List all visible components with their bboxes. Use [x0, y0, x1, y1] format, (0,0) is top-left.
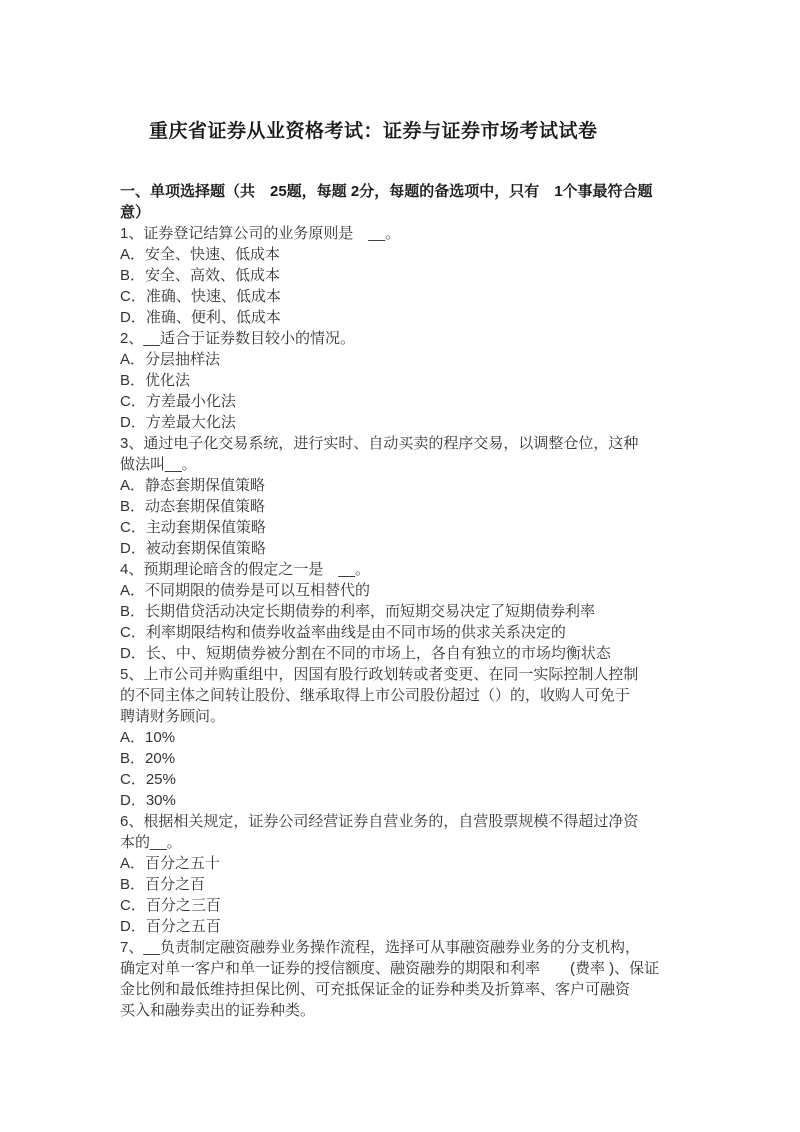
question-6-option-a: A．百分之五十 — [120, 853, 698, 874]
exam-page: 重庆省证券从业资格考试：证券与证券市场考试试卷 一、单项选择题（共 25题，每题… — [0, 0, 800, 1132]
question-4-text: 4、预期理论暗含的假定之一是 __。 — [120, 559, 698, 580]
question-1-option-a: A．安全、快速、低成本 — [120, 244, 698, 265]
question-6: 6、根据相关规定，证券公司经营证券自营业务的，自营股票规模不得超过净资 本的__… — [120, 811, 698, 937]
section-heading-line-1: 一、单项选择题（共 25题，每题 2分，每题的备选项中，只有 1个事最符合题 — [120, 181, 698, 202]
question-3-option-d: D．被动套期保值策略 — [120, 538, 698, 559]
question-3-option-c: C．主动套期保值策略 — [120, 517, 698, 538]
question-1: 1、证券登记结算公司的业务原则是 __。 A．安全、快速、低成本 B．安全、高效… — [120, 223, 698, 328]
question-5-option-b: B．20% — [120, 748, 698, 769]
question-5-option-c: C．25% — [120, 769, 698, 790]
question-5-option-d: D．30% — [120, 790, 698, 811]
question-2-option-c: C．方差最小化法 — [120, 391, 698, 412]
question-6-text-line-1: 6、根据相关规定，证券公司经营证券自营业务的，自营股票规模不得超过净资 — [120, 811, 698, 832]
question-4-option-c: C．利率期限结构和债券收益率曲线是由不同市场的供求关系决定的 — [120, 622, 698, 643]
question-6-option-b: B．百分之百 — [120, 874, 698, 895]
question-4-option-d: D．长、中、短期债券被分割在不同的市场上，各自有独立的市场均衡状态 — [120, 643, 698, 664]
question-1-option-b: B．安全、高效、低成本 — [120, 265, 698, 286]
page-title: 重庆省证券从业资格考试：证券与证券市场考试试卷 — [149, 116, 598, 143]
question-5-text-line-1: 5、上市公司并购重组中，因国有股行政划转或者变更、在同一实际控制人控制 — [120, 664, 698, 685]
question-5-option-a: A．10% — [120, 727, 698, 748]
question-2: 2、__适合于证券数目较小的情况。 A．分层抽样法 B．优化法 C．方差最小化法… — [120, 328, 698, 433]
question-7: 7、__负责制定融资融券业务操作流程，选择可从事融资融券业务的分支机构， 确定对… — [120, 937, 698, 1021]
question-5-text-line-2: 的不同主体之间转让股份、继承取得上市公司股份超过（）的，收购人可免于 — [120, 685, 698, 706]
exam-content: 一、单项选择题（共 25题，每题 2分，每题的备选项中，只有 1个事最符合题 意… — [120, 181, 698, 1021]
question-6-option-d: D．百分之五百 — [120, 916, 698, 937]
question-2-option-b: B．优化法 — [120, 370, 698, 391]
question-2-option-a: A．分层抽样法 — [120, 349, 698, 370]
question-1-option-d: D．准确、便利、低成本 — [120, 307, 698, 328]
question-1-option-c: C．准确、快速、低成本 — [120, 286, 698, 307]
question-2-text: 2、__适合于证券数目较小的情况。 — [120, 328, 698, 349]
question-5-text-line-3: 聘请财务顾问。 — [120, 706, 698, 727]
question-3-option-b: B．动态套期保值策略 — [120, 496, 698, 517]
question-3-text-line-2: 做法叫__。 — [120, 454, 698, 475]
question-1-text: 1、证券登记结算公司的业务原则是 __。 — [120, 223, 698, 244]
question-2-option-d: D．方差最大化法 — [120, 412, 698, 433]
section-heading-line-2: 意） — [120, 202, 698, 223]
question-4-option-a: A．不同期限的债券是可以互相替代的 — [120, 580, 698, 601]
question-4: 4、预期理论暗含的假定之一是 __。 A．不同期限的债券是可以互相替代的 B．长… — [120, 559, 698, 664]
question-7-text-line-3: 金比例和最低维持担保比例、可充抵保证金的证券种类及折算率、客户可融资 — [120, 979, 698, 1000]
question-7-text-line-2: 确定对单一客户和单一证券的授信额度、融资融券的期限和利率 (费率 )、保证 — [120, 958, 698, 979]
question-7-text-line-4: 买入和融券卖出的证券种类。 — [120, 1000, 698, 1021]
question-7-text-line-1: 7、__负责制定融资融券业务操作流程，选择可从事融资融券业务的分支机构， — [120, 937, 698, 958]
question-5: 5、上市公司并购重组中，因国有股行政划转或者变更、在同一实际控制人控制 的不同主… — [120, 664, 698, 811]
question-4-option-b: B．长期借贷活动决定长期债券的利率，而短期交易决定了短期债券利率 — [120, 601, 698, 622]
question-3-text-line-1: 3、通过电子化交易系统，进行实时、自动买卖的程序交易，以调整仓位，这种 — [120, 433, 698, 454]
question-3: 3、通过电子化交易系统，进行实时、自动买卖的程序交易，以调整仓位，这种 做法叫_… — [120, 433, 698, 559]
question-6-text-line-2: 本的__。 — [120, 832, 698, 853]
question-3-option-a: A．静态套期保值策略 — [120, 475, 698, 496]
question-6-option-c: C．百分之三百 — [120, 895, 698, 916]
